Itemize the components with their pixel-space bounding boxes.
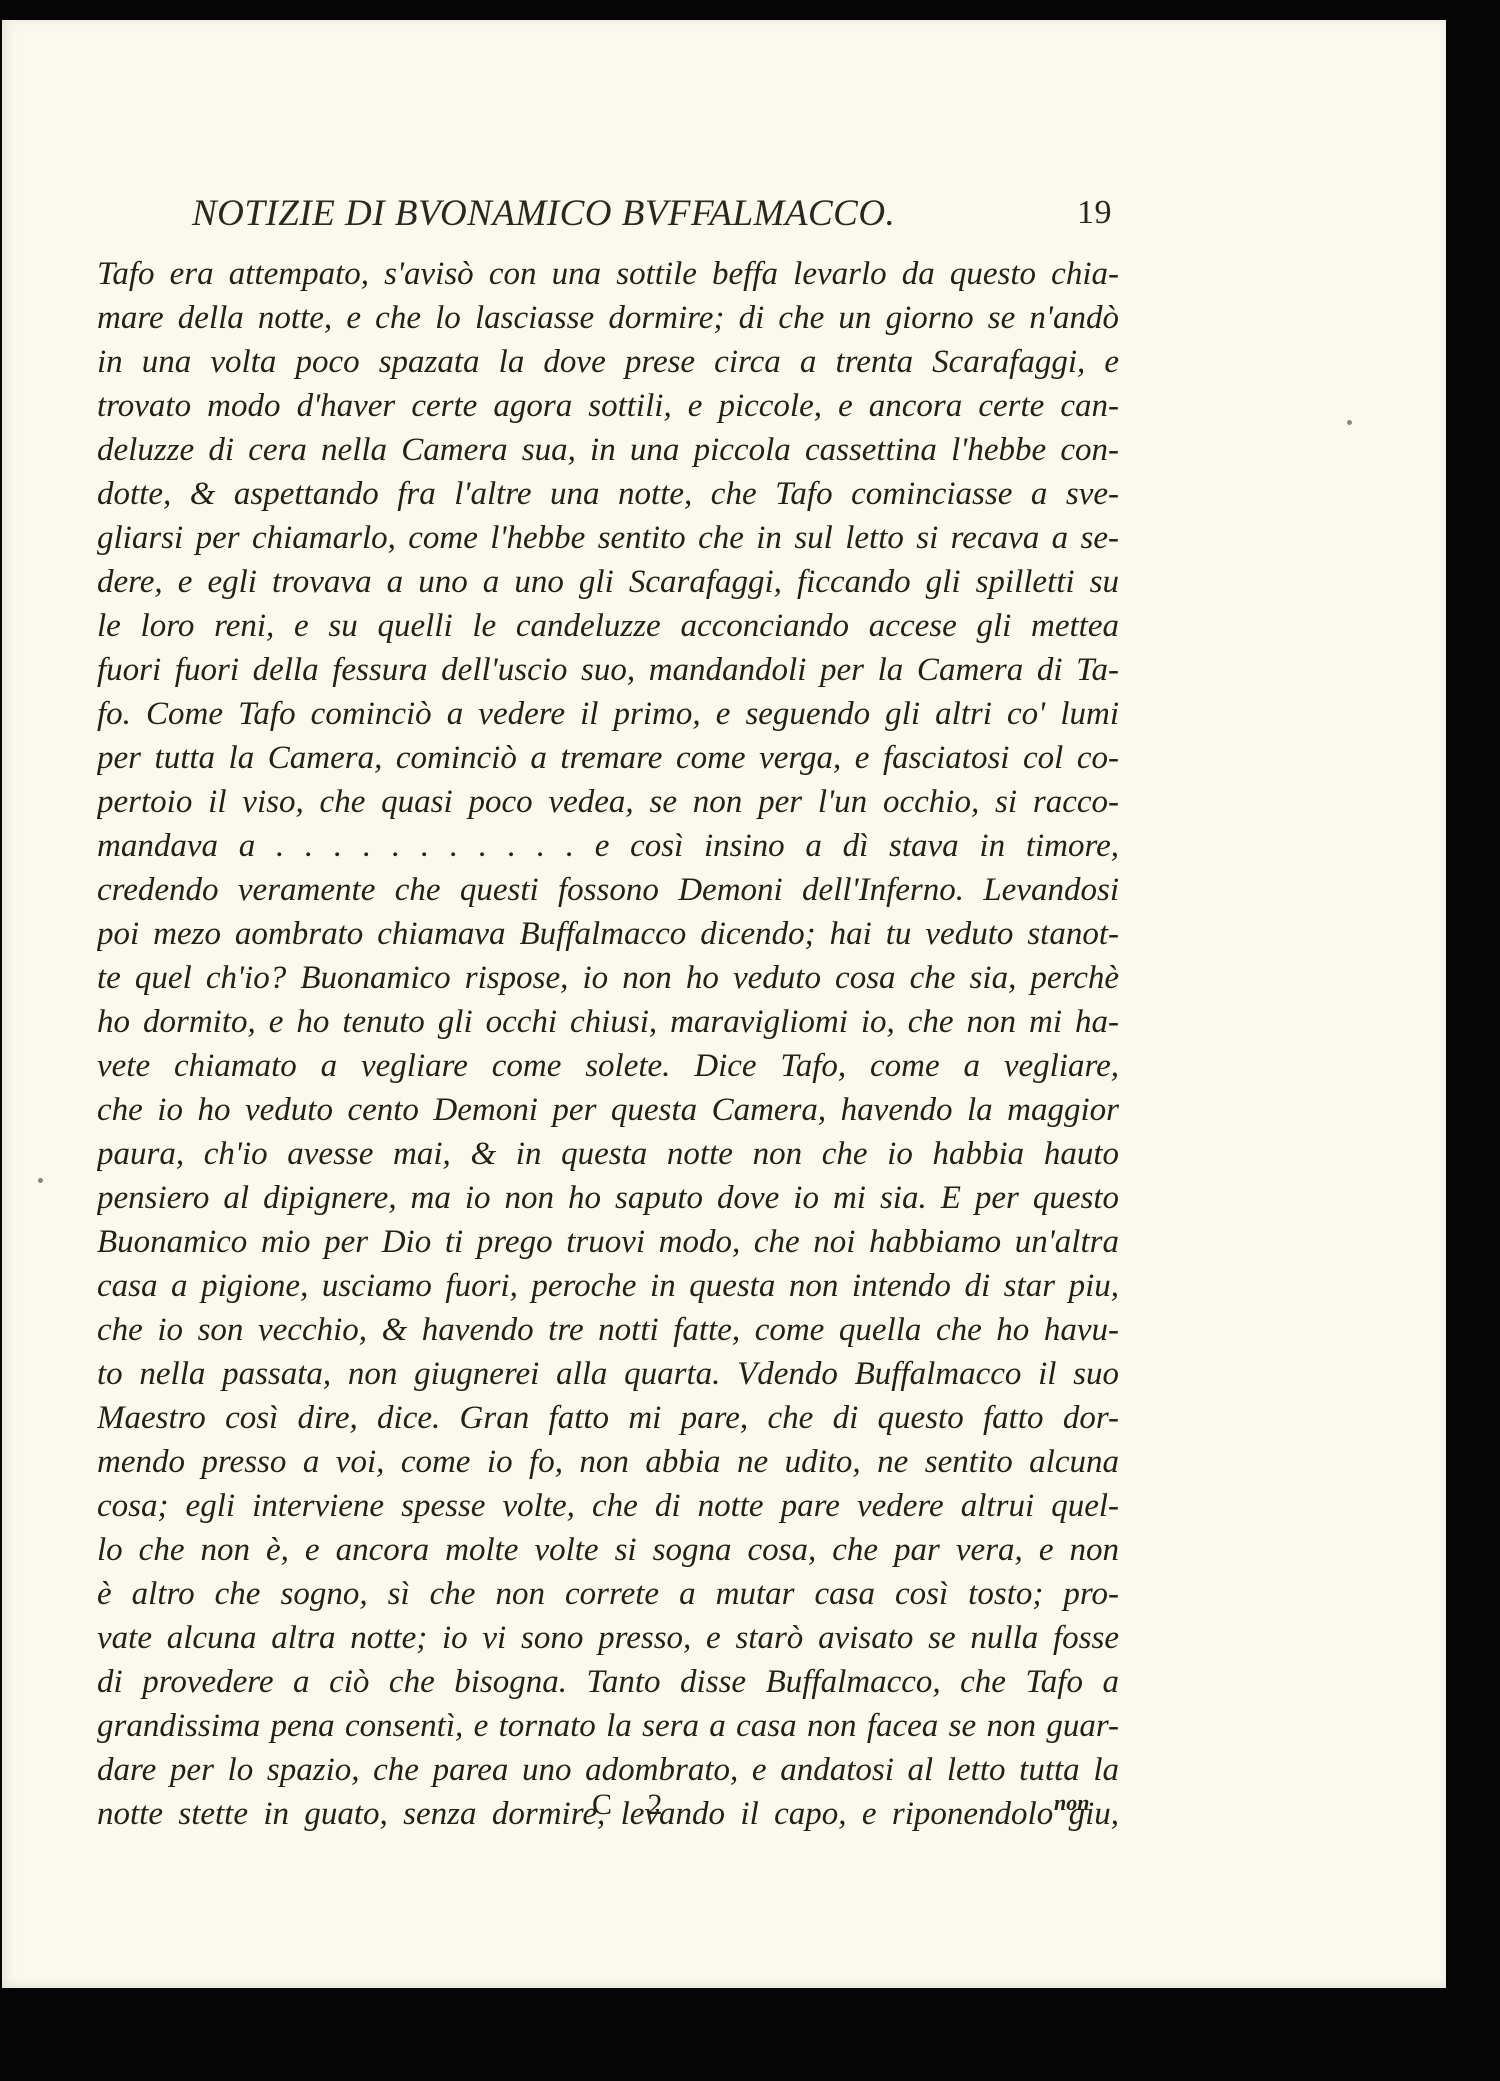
text-line: mendo presso a voi, come io fo, non abbi… [97,1440,1119,1484]
text-line: in una volta poco spazata la dove prese … [97,340,1119,384]
body-text: Tafo era attempato, s'avisò con una sott… [97,252,1119,1836]
margin-speck [38,1178,43,1183]
text-line: grandissima pena consentì, e tornato la … [97,1704,1119,1748]
text-line: ho dormito, e ho tenuto gli occhi chiusi… [97,1000,1119,1044]
signature-mark: C 2 [592,1788,677,1822]
text-line: credendo veramente che questi fossono De… [97,868,1119,912]
text-line: poi mezo aombrato chiamava Buffalmacco d… [97,912,1119,956]
text-line: lo che non è, e ancora molte volte si so… [97,1528,1119,1572]
text-line: mandava a . . . . . . . . . . . e così i… [97,824,1119,868]
text-line: vete chiamato a vegliare come solete. Di… [97,1044,1119,1088]
book-page: NOTIZIE DI BVONAMICO BVFFALMACCO. 19 Taf… [2,20,1446,1988]
text-line: Buonamico mio per Dio ti prego truovi mo… [97,1220,1119,1264]
text-line: deluzze di cera nella Camera sua, in una… [97,428,1119,472]
text-line: gliarsi per chiamarlo, come l'hebbe sent… [97,516,1119,560]
text-line: che io ho veduto cento Demoni per questa… [97,1088,1119,1132]
text-line: dare per lo spazio, che parea uno adombr… [97,1748,1119,1792]
text-line: le loro reni, e su quelli le candeluzze … [97,604,1119,648]
text-line: dere, e egli trovava a uno a uno gli Sca… [97,560,1119,604]
text-line: to nella passata, non giugnerei alla qua… [97,1352,1119,1396]
text-line: dotte, & aspettando fra l'altre una nott… [97,472,1119,516]
text-line: fuori fuori della fessura dell'uscio suo… [97,648,1119,692]
text-line: per tutta la Camera, cominciò a tremare … [97,736,1119,780]
text-line: te quel ch'io? Buonamico rispose, io non… [97,956,1119,1000]
text-line: trovato modo d'haver certe agora sottili… [97,384,1119,428]
text-line: che io son vecchio, & havendo tre notti … [97,1308,1119,1352]
text-line: vate alcuna altra notte; io vi sono pres… [97,1616,1119,1660]
running-head-title: NOTIZIE DI BVONAMICO BVFFALMACCO. [192,192,895,235]
text-line: cosa; egli interviene spesse volte, che … [97,1484,1119,1528]
text-line: di provedere a ciò che bisogna. Tanto di… [97,1660,1119,1704]
running-head: NOTIZIE DI BVONAMICO BVFFALMACCO. 19 [192,192,1112,236]
text-line: pensiero al dipignere, ma io non ho sapu… [97,1176,1119,1220]
text-line: è altro che sogno, sì che non correte a … [97,1572,1119,1616]
catchword: non [1054,1790,1089,1816]
text-line: casa a pigione, usciamo fuori, peroche i… [97,1264,1119,1308]
page-number: 19 [1077,194,1112,232]
margin-speck [1347,420,1352,425]
text-line: mare della notte, e che lo lasciasse dor… [97,296,1119,340]
text-line: fo. Come Tafo cominciò a vedere il primo… [97,692,1119,736]
text-line: paura, ch'io avesse mai, & in questa not… [97,1132,1119,1176]
text-line: pertoio il viso, che quasi poco vedea, s… [97,780,1119,824]
text-line: Tafo era attempato, s'avisò con una sott… [97,252,1119,296]
text-line: Maestro così dire, dice. Gran fatto mi p… [97,1396,1119,1440]
